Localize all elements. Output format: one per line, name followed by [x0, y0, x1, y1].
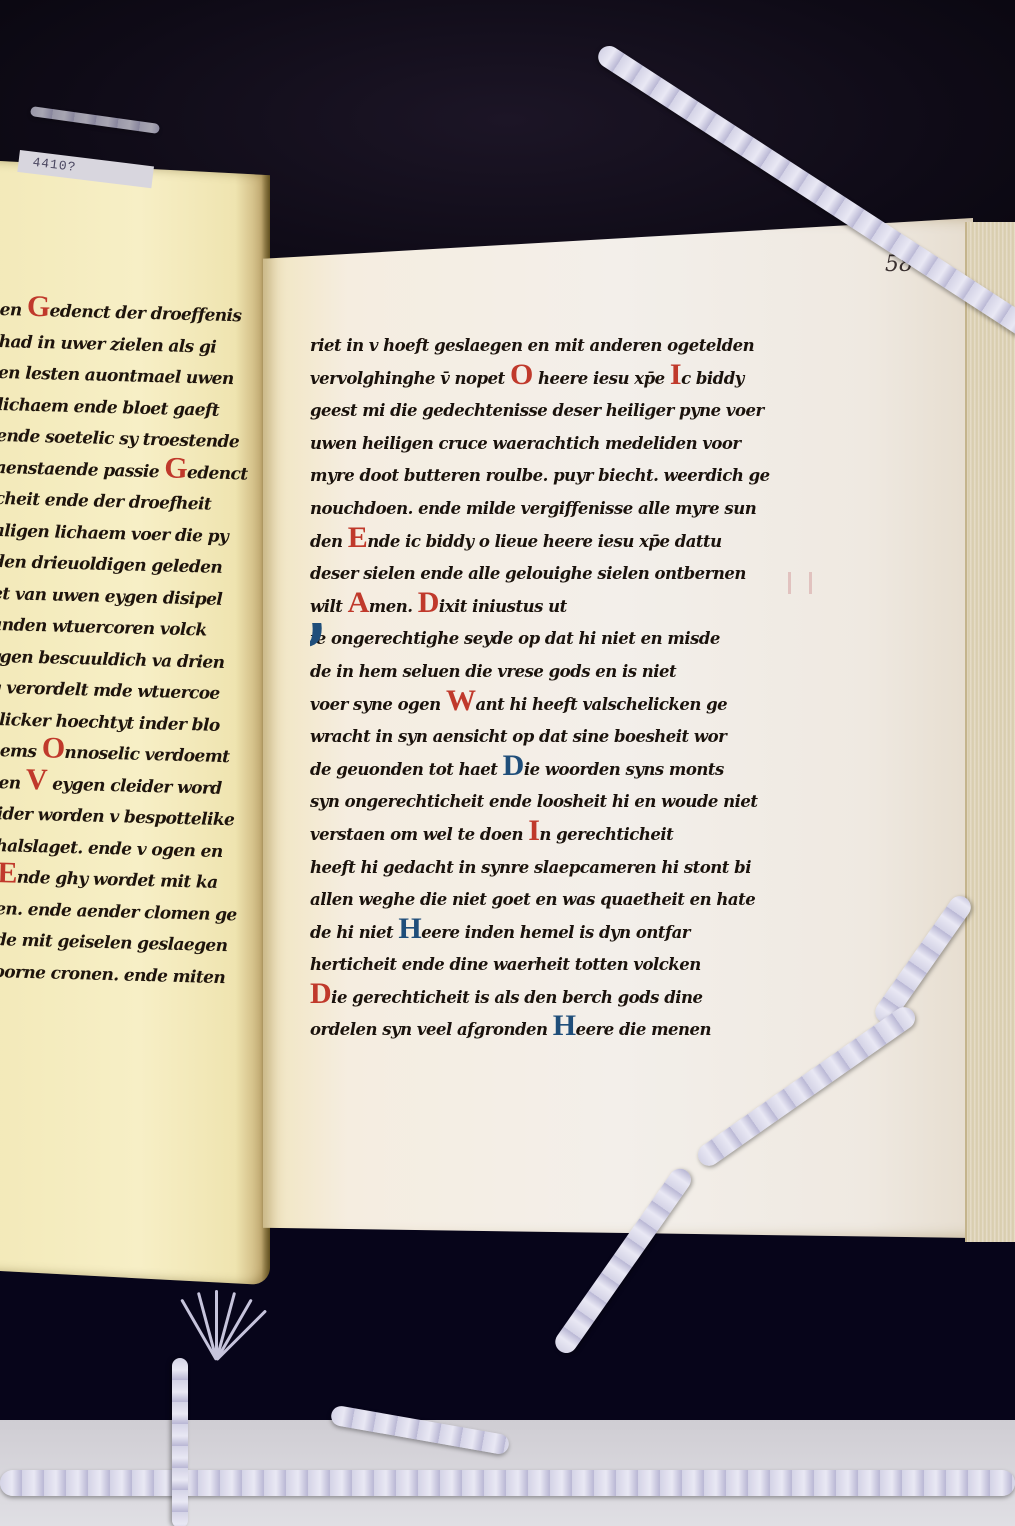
line-text: de in hem seluen die vrese gods en is ni… — [310, 662, 676, 681]
decorated-initial: E — [348, 528, 368, 548]
text-line: deser sielen ende alle gelouighe sielen … — [310, 558, 855, 591]
text-line: geest mi die gedechtenisse deser heilige… — [310, 395, 855, 428]
line-text: deser sielen ende alle gelouighe sielen … — [310, 564, 746, 583]
line-text: eygen cleider word — [47, 774, 222, 799]
text-line: doorne cronen. ende miten — [0, 956, 245, 994]
decorated-initial: I — [528, 821, 539, 841]
cord-tassel-stem — [172, 1358, 188, 1526]
text-line: de hi niet Heere inden hemel is dyn ontf… — [310, 917, 855, 950]
line-text: aenstaende passie — [0, 457, 165, 481]
line-text: nde ic biddy o lieue heere iesu xp̄e dat… — [367, 532, 721, 551]
line-text: ie gerechticheit is als den berch gods d… — [331, 988, 702, 1007]
line-text: et van uwen eygen disipel — [0, 583, 222, 609]
decorated-initial: O — [42, 738, 65, 759]
line-text: ie ongerechtighe seyde op dat hi niet en… — [310, 629, 720, 648]
decorated-initial: W — [446, 691, 476, 711]
decorated-initial: I — [670, 365, 681, 385]
line-text: ordelen syn veel afgronden — [310, 1020, 553, 1039]
text-line: riet in v hoeft geslaegen en mit anderen… — [310, 330, 855, 363]
line-text: edenct der droeffenis — [49, 301, 241, 326]
line-text: nde mit geiselen geslaegen — [0, 930, 228, 956]
line-text: nouchdoen. ende milde vergiffenisse alle… — [310, 499, 756, 518]
line-text: cheit ende der droefheit — [0, 489, 211, 515]
decorated-initial: H — [398, 919, 421, 939]
line-text: voer syne ogen — [310, 695, 446, 714]
line-text: ant hi heeft valschelicken ge — [475, 695, 727, 714]
line-text: elicker hoechtyt inder blo — [0, 709, 220, 735]
line-text: lichaem ende bloet gaeft — [0, 394, 219, 420]
line-text: allen weghe die niet goet en was quaethe… — [310, 890, 755, 909]
line-text: myre doot butteren roulbe. puyr biecht. … — [310, 466, 770, 485]
line-text: vervolghinghe v̄ nopet — [310, 369, 510, 388]
text-line: uwen heiligen cruce waerachtich medelide… — [310, 428, 855, 461]
text-line: heeft hi gedacht in synre slaepcameren h… — [310, 852, 855, 885]
text-line: nouchdoen. ende milde vergiffenisse alle… — [310, 493, 855, 526]
text-line: wracht in syn aensicht op dat sine boesh… — [310, 721, 855, 754]
text-line: myre doot butteren roulbe. puyr biecht. … — [310, 460, 855, 493]
line-text: verstaen om wel te doen — [310, 825, 528, 844]
line-text: eere inden hemel is dyn ontfar — [421, 923, 690, 942]
line-text: gen — [0, 772, 26, 793]
decorated-initial: H — [553, 1016, 576, 1036]
line-text: men. — [369, 597, 418, 616]
text-line: den Ende ic biddy o lieue heere iesu xp̄… — [310, 526, 855, 559]
text-line: verstaen om wel te doen In gerechticheit — [310, 819, 855, 852]
line-text: had in uwer zielen als gi — [0, 331, 216, 357]
line-text: wracht in syn aensicht op dat sine boesh… — [310, 727, 726, 746]
decorated-initial: E — [0, 863, 17, 884]
cord-tassel — [160, 1250, 270, 1360]
text-line: voer syne ogen Want hi heeft valschelick… — [310, 689, 855, 722]
line-text: uwen heiligen cruce waerachtich medelide… — [310, 434, 741, 453]
line-text: wilt — [310, 597, 348, 616]
line-text: n gerechticheit — [539, 825, 673, 844]
decorated-initial: D — [310, 623, 324, 646]
line-text: eere die menen — [576, 1020, 711, 1039]
text-line: herticheit ende dine waerheit totten vol… — [310, 949, 855, 982]
decorated-initial: G — [164, 458, 187, 479]
left-page-text: en Gedenct der droeffenishad in uwer zie… — [0, 295, 262, 995]
line-text: en — [0, 300, 27, 321]
line-text: en lesten auontmael uwen — [0, 363, 234, 389]
line-text: eider worden v bespottelike — [0, 804, 234, 830]
line-text: aligen lichaem voer die py — [0, 520, 228, 546]
text-line: wilt Amen. Dixit iniustus ut — [310, 591, 855, 624]
line-text: anden wtuercoren volck — [0, 615, 207, 641]
line-text: syn ongerechticheit ende loosheit hi en … — [310, 792, 758, 811]
cord-bottom — [0, 1470, 1015, 1496]
line-text: den — [310, 532, 348, 551]
decorated-initial: V — [26, 769, 48, 790]
line-text: edenct — [187, 462, 248, 484]
line-text: heeft hi gedacht in synre slaepcameren h… — [310, 858, 751, 877]
line-text: riet in v hoeft geslaegen en mit anderen… — [310, 336, 754, 355]
line-text: heere iesu xp̄e — [533, 369, 670, 388]
line-text: chalslaget. ende v ogen en — [0, 835, 223, 861]
text-line: vervolghinghe v̄ nopet O heere iesu xp̄e… — [310, 363, 855, 396]
line-text: g verordelt mde wtuercoe — [0, 678, 220, 704]
right-page-text: riet in v hoeft geslaegen en mit anderen… — [310, 330, 855, 1047]
text-line: de geuonden tot haet Die woorden syns mo… — [310, 754, 855, 787]
line-text: gen. ende aender clomen ge — [0, 898, 237, 925]
text-line: allen weghe die niet goet en was quaethe… — [310, 884, 855, 917]
line-text: ie woorden syns monts — [524, 760, 724, 779]
line-text: nde ghy wordet mit ka — [16, 868, 217, 893]
decorated-initial: O — [510, 365, 533, 385]
text-line: de in hem seluen die vrese gods en is ni… — [310, 656, 855, 689]
line-text: geest mi die gedechtenisse deser heilige… — [310, 401, 764, 420]
line-text: hems — [0, 741, 42, 762]
line-text: ixit iniustus ut — [439, 597, 567, 616]
text-line: Die ongerechtighe seyde op dat hi niet e… — [310, 623, 855, 656]
decorated-initial: D — [418, 593, 439, 613]
text-line: syn ongerechticheit ende loosheit hi en … — [310, 786, 855, 819]
page-edges — [965, 222, 1015, 1242]
line-text: ygen bescuuldich va drien — [0, 646, 225, 672]
decorated-initial: A — [348, 593, 369, 613]
line-text: nnoselic verdoemt — [64, 743, 229, 767]
line-text: herticheit ende dine waerheit totten vol… — [310, 955, 701, 974]
line-text: c biddy — [681, 369, 744, 388]
line-text: de geuonden tot haet — [310, 760, 503, 779]
decorated-initial: D — [503, 756, 524, 776]
text-line: ordelen syn veel afgronden Heere die men… — [310, 1014, 855, 1047]
line-text: den drieuoldigen geleden — [0, 552, 222, 578]
line-text: doorne cronen. ende miten — [0, 961, 225, 987]
decorated-initial: G — [27, 297, 50, 318]
decorated-initial: D — [310, 984, 331, 1004]
text-line: Die gerechticheit is als den berch gods … — [310, 982, 855, 1015]
line-text: de hi niet — [310, 923, 398, 942]
line-text: ende soetelic sy troestende — [0, 426, 239, 452]
